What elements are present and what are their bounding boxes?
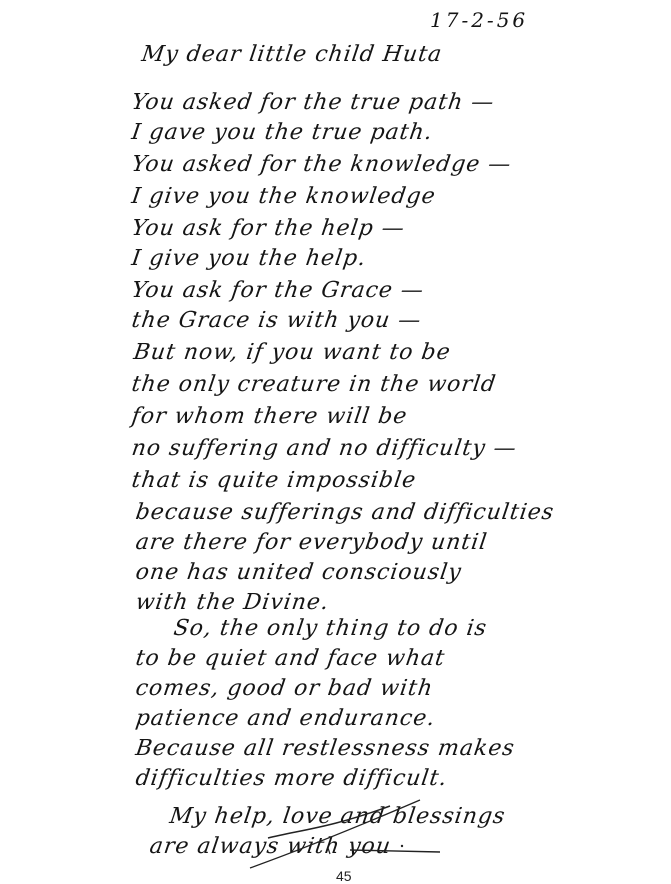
letter-line: I give you the help. — [130, 246, 368, 271]
letter-line: the Grace is with you — — [130, 308, 423, 333]
letter-line: the only creature in the world — [130, 372, 498, 397]
letter-line: You asked for the knowledge — — [130, 152, 513, 177]
letter-line: So, the only thing to do is — [172, 616, 489, 641]
letter-line: I give you the knowledge — [130, 184, 437, 209]
letter-line: patience and endurance. — [134, 706, 437, 731]
letter-line: that is quite impossible — [130, 468, 418, 493]
letter-line: no suffering and no difficulty — — [130, 436, 518, 461]
salutation: My dear little child Huta — [140, 42, 444, 67]
letter-line: You ask for the help — — [130, 216, 406, 241]
letter-line: You ask for the Grace — — [130, 278, 426, 303]
letter-line: one has united consciously — [134, 560, 463, 585]
letter-line: Because all restlessness makes — [134, 736, 516, 761]
signature-icon — [240, 790, 460, 870]
letter-page: 17-2-56 My dear little child Huta You as… — [0, 0, 671, 884]
letter-line: with the Divine. — [134, 590, 331, 615]
letter-line: I gave you the true path. — [130, 120, 434, 145]
letter-line: comes, good or bad with — [134, 676, 435, 701]
letter-line: for whom there will be — [130, 404, 409, 429]
letter-line: because sufferings and difficulties — [134, 500, 556, 525]
letter-line: to be quiet and face what — [134, 646, 447, 671]
letter-line: You asked for the true path — — [130, 90, 496, 115]
letter-line: are there for everybody until — [134, 530, 489, 555]
letter-line: But now, if you want to be — [132, 340, 452, 365]
letter-line: difficulties more difficult. — [134, 766, 449, 791]
page-number: 45 — [336, 868, 352, 884]
letter-date: 17-2-56 — [430, 8, 528, 32]
